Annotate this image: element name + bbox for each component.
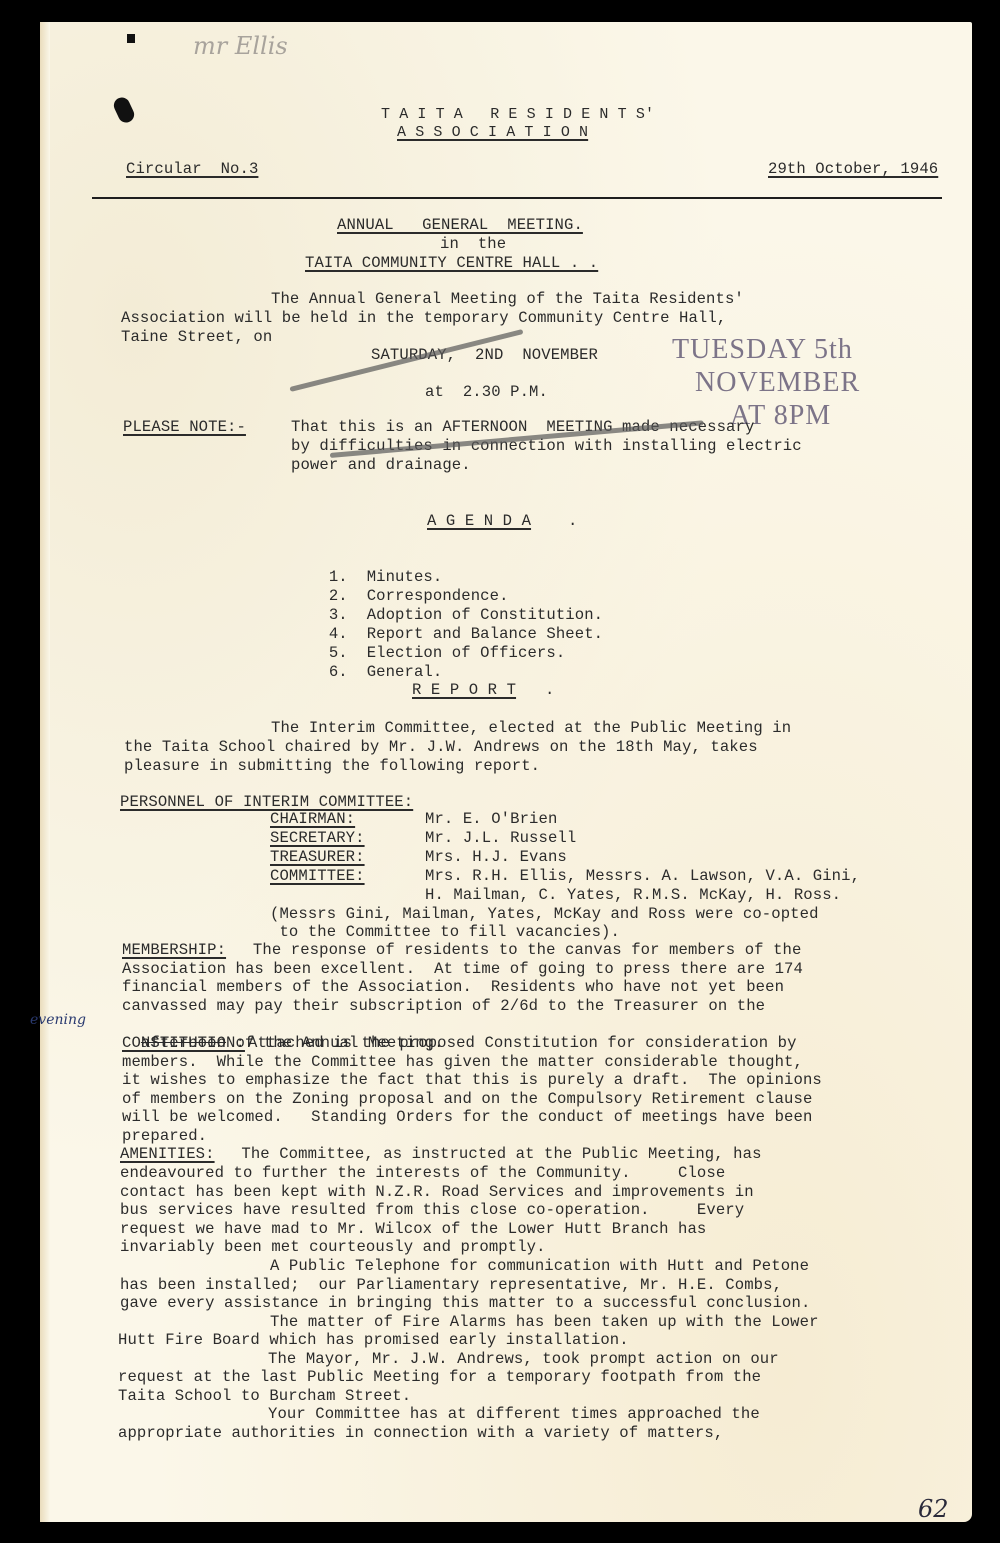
original-meeting-time: at 2.30 P.M.: [425, 383, 548, 402]
agenda-title-dot: .: [568, 512, 577, 531]
membership-line4: canvassed may pay their subscription of …: [122, 997, 765, 1016]
membership-line2: Association has been excellent. At time …: [122, 960, 803, 979]
phone-line1: A Public Telephone for communication wit…: [270, 1257, 809, 1276]
amenities-line6: invariably been met courteously and prom…: [120, 1238, 546, 1257]
amenities-line2: endeavoured to further the interests of …: [120, 1164, 725, 1183]
agenda-item-text: General.: [367, 663, 443, 681]
committee-line2: appropriate authorities in connection wi…: [118, 1424, 723, 1443]
personnel-role-secretary: SECRETARY:: [270, 829, 365, 848]
personnel-name-treasurer: Mrs. H.J. Evans: [425, 848, 567, 867]
page-number: 62: [918, 1495, 949, 1523]
committee-line1: Your Committee has at different times ap…: [268, 1405, 760, 1424]
coopted-line2: to the Committee to fill vacancies).: [270, 923, 620, 942]
org-name-line1: T A I T A R E S I D E N T S': [381, 106, 654, 125]
mayor-line1: The Mayor, Mr. J.W. Andrews, took prompt…: [268, 1350, 779, 1369]
phone-line3: gave every assistance in bringing this m…: [120, 1294, 810, 1313]
constitution-line4: of members on the Zoning proposal and on…: [122, 1090, 812, 1109]
personnel-name-committee: Mrs. R.H. Ellis, Messrs. A. Lawson, V.A.…: [425, 867, 860, 886]
paper-edge: [40, 22, 50, 1522]
circular-number: Circular No.3: [126, 160, 258, 179]
constitution-line2: members. While the Committee has given t…: [122, 1053, 803, 1072]
please-note-label: PLEASE NOTE:-: [123, 418, 246, 437]
agenda-title: A G E N D A: [427, 512, 531, 531]
agenda-item-number: 6.: [329, 663, 348, 681]
personnel-name-secretary: Mr. J.L. Russell: [425, 829, 576, 848]
amenities-line5: request we have mad to Mr. Wilcox of the…: [120, 1220, 706, 1239]
constitution-line6: prepared.: [122, 1127, 207, 1146]
constitution-line1: Attached is the proposed Constitution fo…: [248, 1034, 797, 1053]
note-line1: That this is an AFTERNOON MEETING made n…: [291, 418, 754, 437]
handwritten-name: mr Ellis: [193, 32, 288, 60]
rescheduled-stamp-line1: TUESDAY 5th: [672, 334, 853, 366]
note-line3: power and drainage.: [291, 456, 471, 475]
amenities-line4: bus services have resulted from this clo…: [120, 1201, 744, 1220]
meeting-intro-line2: Association will be held in the temporar…: [121, 309, 726, 328]
constitution-line5: will be welcomed. Standing Orders for th…: [122, 1108, 812, 1127]
meeting-in-the: in the: [440, 235, 506, 254]
membership-label: MEMBERSHIP:: [122, 941, 226, 960]
amenities-line1: The Committee, as instructed at the Publ…: [213, 1145, 762, 1164]
report-intro-line1: The Interim Committee, elected at the Pu…: [271, 719, 791, 738]
amenities-line3: contact has been kept with N.Z.R. Road S…: [120, 1183, 754, 1202]
meeting-venue: TAITA COMMUNITY CENTRE HALL . .: [305, 254, 598, 273]
meeting-title: ANNUAL GENERAL MEETING.: [337, 216, 583, 235]
report-intro-line3: pleasure in submitting the following rep…: [124, 757, 540, 776]
fire-line1: The matter of Fire Alarms has been taken…: [270, 1313, 819, 1332]
constitution-line3: it wishes to emphasize the fact that thi…: [122, 1071, 822, 1090]
header-divider: [92, 197, 942, 199]
amenities-label: AMENITIES:: [120, 1145, 215, 1164]
personnel-committee-cont: H. Mailman, C. Yates, R.M.S. McKay, H. R…: [425, 886, 841, 905]
constitution-label: CONSTITUTION:: [122, 1034, 245, 1053]
meeting-intro-line3: Taine Street, on: [121, 328, 272, 347]
personnel-role-treasurer: TREASURER:: [270, 848, 365, 867]
meeting-intro-line1: The Annual General Meeting of the Taita …: [271, 290, 744, 309]
membership-line3: financial members of the Association. Re…: [122, 978, 784, 997]
report-intro-line2: the Taita School chaired by Mr. J.W. And…: [124, 738, 758, 757]
rescheduled-stamp-line2: NOVEMBER: [695, 367, 860, 399]
circular-date: 29th October, 1946: [768, 160, 938, 179]
report-title: R E P O R T: [412, 681, 516, 700]
personnel-heading: PERSONNEL OF INTERIM COMMITTEE:: [120, 793, 413, 812]
mayor-line3: Taita School to Burcham Street.: [118, 1387, 411, 1406]
fire-line2: Hutt Fire Board which has promised early…: [118, 1331, 629, 1350]
mayor-line2: request at the last Public Meeting for a…: [118, 1368, 761, 1387]
personnel-name-chairman: Mr. E. O'Brien: [425, 810, 557, 829]
personnel-role-chairman: CHAIRMAN:: [270, 810, 355, 829]
coopted-line1: (Messrs Gini, Mailman, Yates, McKay and …: [270, 905, 819, 924]
personnel-role-committee: COMMITTEE:: [270, 867, 365, 886]
org-name-line2: A S S O C I A T I O N: [397, 124, 588, 143]
phone-line2: has been installed; our Parliamentary re…: [120, 1276, 782, 1295]
punch-hole-top: [127, 34, 135, 43]
membership-line1: The response of residents to the canvas …: [234, 941, 801, 960]
report-title-dot: .: [545, 681, 554, 700]
handwritten-margin-note: evening: [30, 1012, 86, 1028]
